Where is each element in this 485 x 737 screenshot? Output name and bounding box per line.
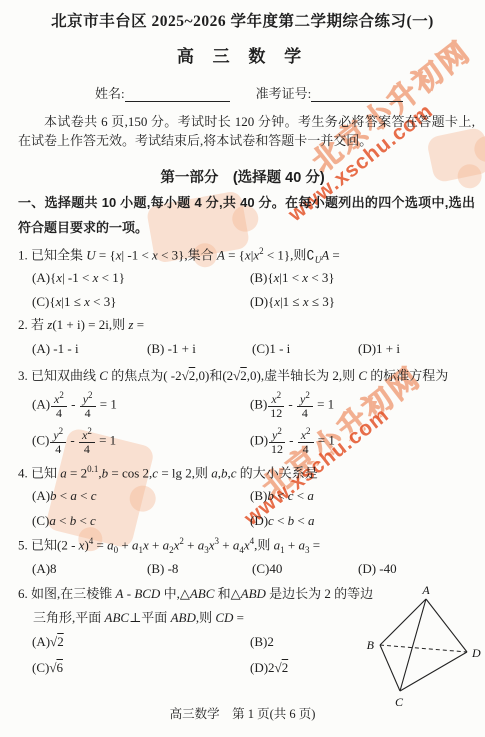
- vertex-label-d: D: [471, 646, 481, 660]
- vertex-label-a: A: [421, 583, 430, 597]
- question-3-option-c: (C)y24 - x24 = 1: [32, 427, 116, 456]
- question-2-option-c: (C)1 - i: [252, 341, 290, 357]
- question-3-stem: 3. 已知双曲线 C 的焦点为( -2√2,0)和(2√2,0),虚半轴长为 2…: [18, 368, 448, 384]
- exam-title: 北京市丰台区 2025~2026 学年度第二学期综合练习(一): [0, 12, 485, 31]
- question-6-option-c: (C)√6: [32, 660, 63, 676]
- question-5-option-b: (B) -8: [147, 561, 178, 577]
- question-2-option-b: (B) -1 + i: [147, 341, 196, 357]
- exam-notice: 本试卷共 6 页,150 分。考试时长 120 分钟。考生务必将答案答在答题卡上…: [18, 112, 475, 150]
- page-footer: 高三数学 第 1 页(共 6 页): [0, 707, 485, 723]
- question-3-option-a: (A)x24 - y24 = 1: [32, 391, 117, 420]
- question-6-stem-line1: 6. 如图,在三棱锥 A - BCD 中,△ABC 和△ABD 是边长为 2 的…: [18, 586, 373, 602]
- edge-ac: [400, 599, 426, 691]
- question-2-option-d: (D)1 + i: [358, 341, 400, 357]
- student-fields: 姓名:准考证号:: [95, 86, 403, 102]
- question-4-option-a: (A)b < a < c: [32, 488, 97, 504]
- question-6-option-a: (A)√2: [32, 634, 64, 650]
- question-4-stem: 4. 已知 a = 20.1,b = cos 2,c = lg 2,则 a,b,…: [18, 464, 318, 482]
- name-blank-line: [125, 88, 230, 102]
- name-label: 姓名:: [95, 86, 125, 101]
- question-5-option-a: (A)8: [32, 561, 57, 577]
- part1-heading: 第一部分 (选择题 40 分): [0, 169, 485, 187]
- question-1-stem: 1. 已知全集 U = {x| -1 < x < 3},集合 A = {x|x2…: [18, 246, 340, 266]
- edge-bc: [380, 645, 400, 691]
- section1-instructions: 一、选择题共 10 小题,每小题 4 分,共 40 分。在每小题列出的四个选项中…: [18, 190, 475, 240]
- question-6-option-d: (D)2√2: [250, 660, 288, 676]
- edge-ad: [426, 599, 467, 652]
- exam-paper-page: 北京小升初网 www.xschu.com 北京小升初网 www.xschu.co…: [0, 0, 485, 737]
- exam-id-blank-line: [311, 88, 403, 102]
- question-4-option-b: (B)b < c < a: [250, 488, 314, 504]
- question-6-option-b: (B)2: [250, 634, 274, 650]
- question-6-stem-line2: 三角形,平面 ABC⊥平面 ABD,则 CD =: [33, 610, 244, 626]
- question-1-option-c: (C){x|1 ≤ x < 3}: [32, 294, 116, 310]
- edge-cd: [400, 652, 467, 691]
- question-4-option-d: (D)c < b < a: [250, 513, 315, 529]
- edge-bd-dashed: [380, 645, 467, 652]
- question-1-option-d: (D){x|1 ≤ x ≤ 3}: [250, 294, 335, 310]
- question-5-option-d: (D) -40: [358, 561, 397, 577]
- question-5-option-c: (C)40: [252, 561, 282, 577]
- question-1-option-a: (A){x| -1 < x < 1}: [32, 270, 125, 286]
- question-2-option-a: (A) -1 - i: [32, 341, 79, 357]
- question-1-option-b: (B){x|1 < x < 3}: [250, 270, 335, 286]
- question-4-option-c: (C)a < b < c: [32, 513, 96, 529]
- question-3-option-b: (B)x212 - y24 = 1: [250, 391, 334, 420]
- question-5-stem: 5. 已知(2 - x)4 = a0 + a1x + a2x2 + a3x3 +…: [18, 536, 320, 556]
- exam-id-label: 准考证号:: [256, 86, 312, 101]
- question-2-stem: 2. 若 z(1 + i) = 2i,则 z =: [18, 317, 144, 333]
- question-3-option-d: (D)y212 - x24 = 1: [250, 427, 335, 456]
- vertex-label-b: B: [367, 638, 375, 652]
- exam-subject: 高 三 数 学: [0, 46, 485, 67]
